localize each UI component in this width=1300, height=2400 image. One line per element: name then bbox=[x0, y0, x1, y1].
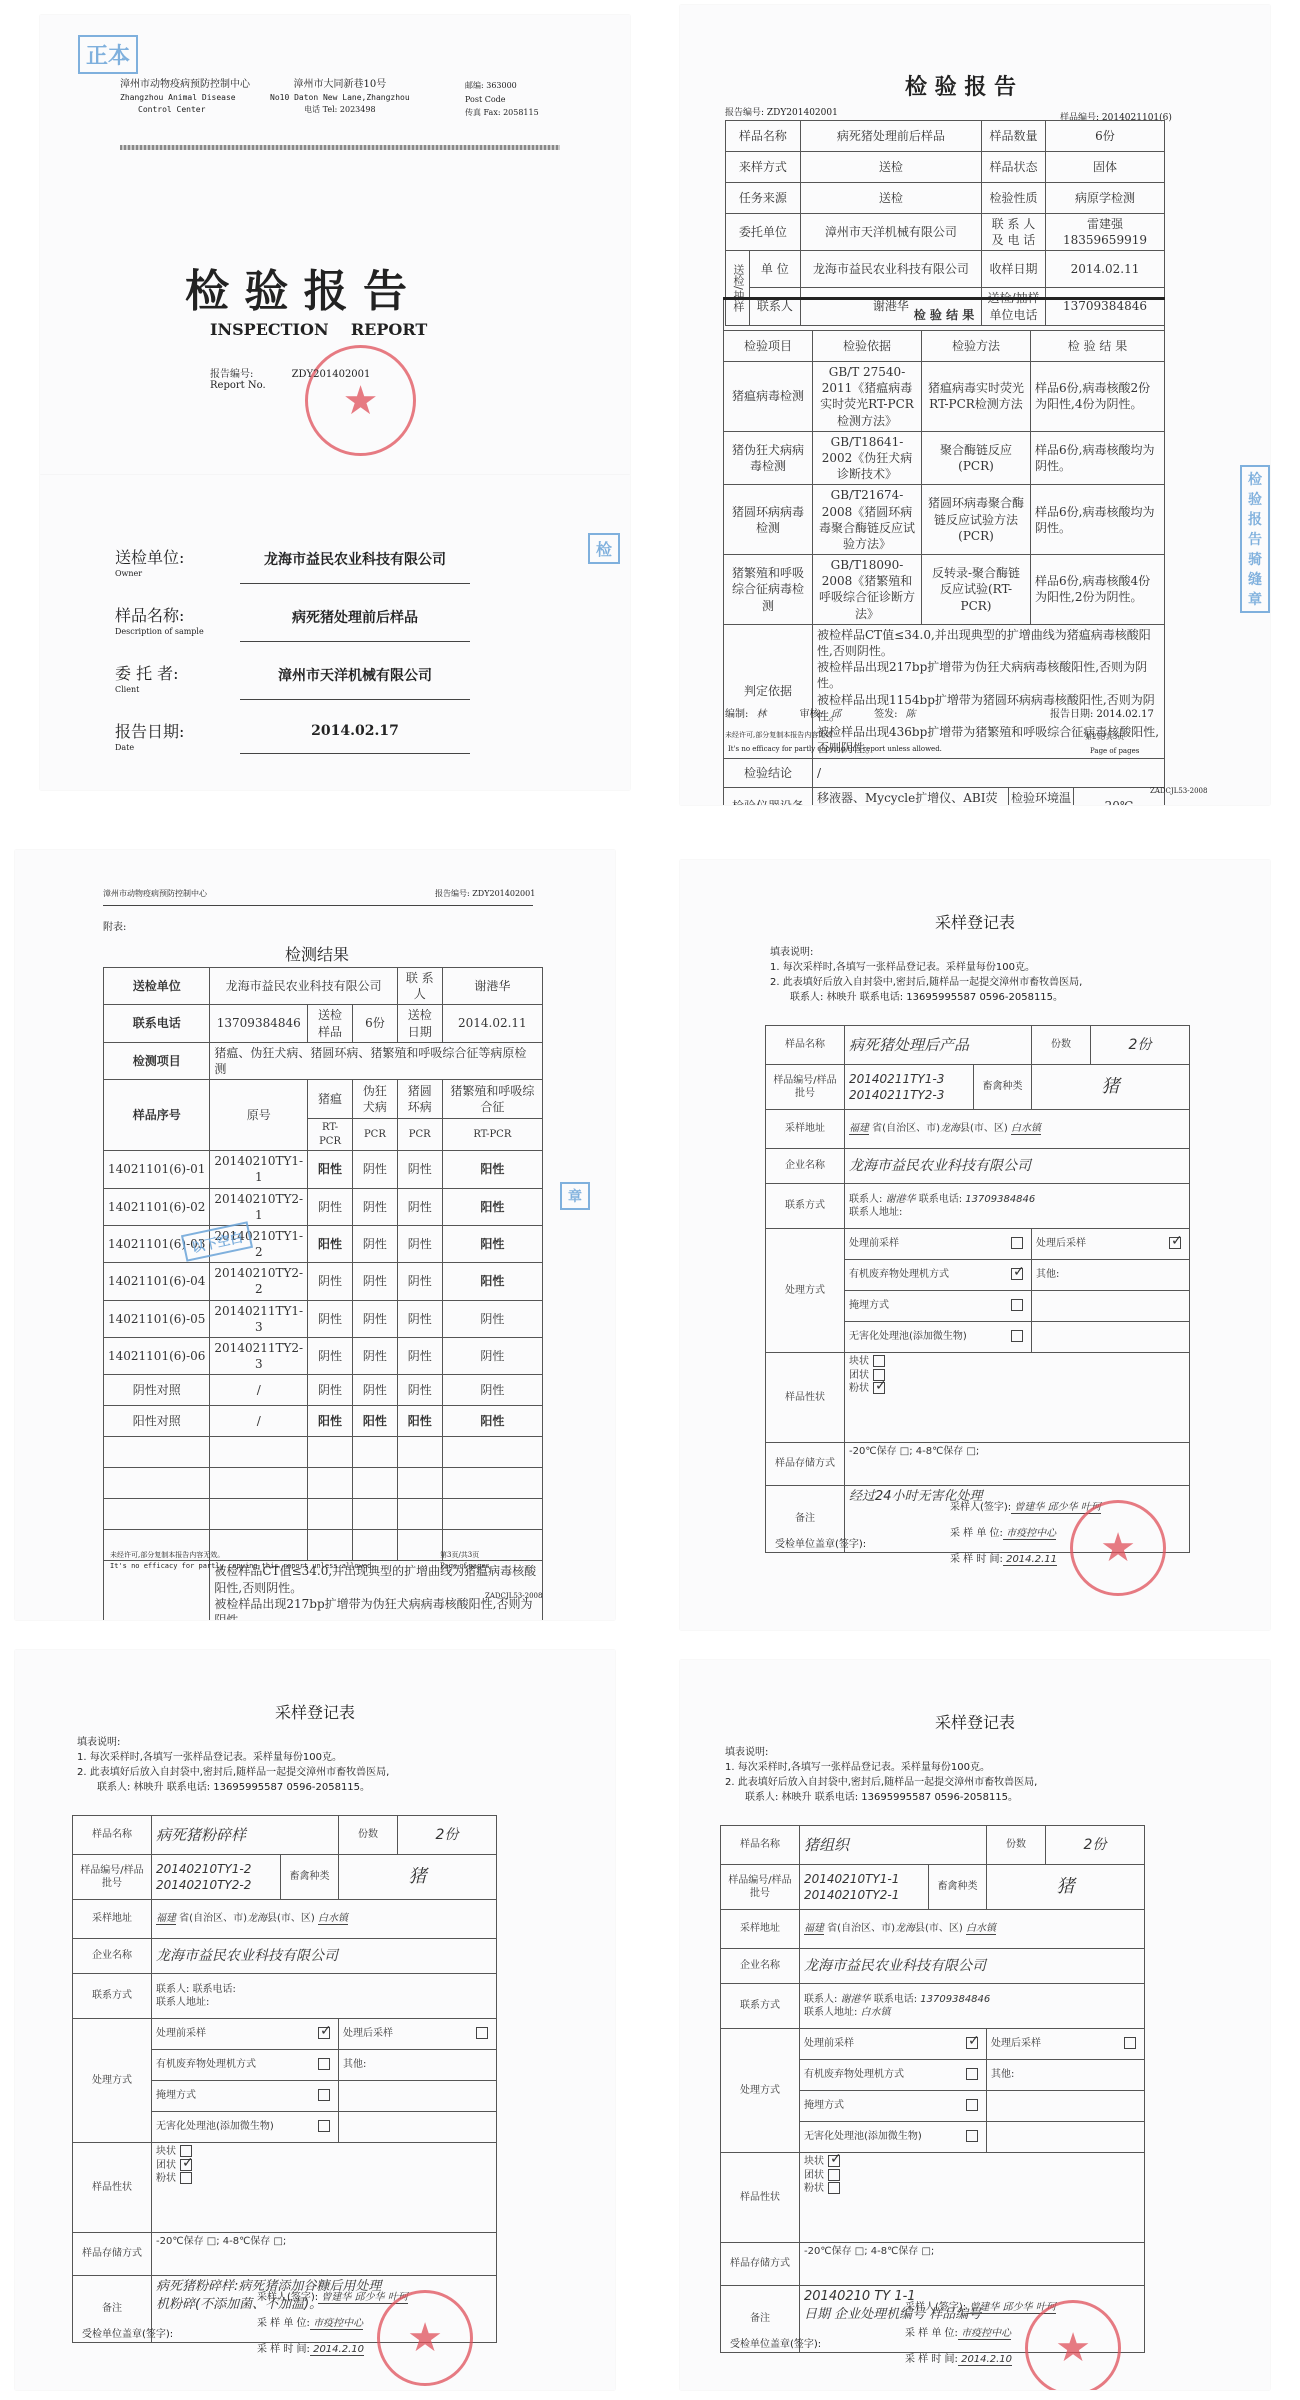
table-cell: 14021101(6)-06 bbox=[104, 1338, 210, 1375]
table-cell: 阴性 bbox=[442, 1300, 542, 1337]
table-row: 14021101(6)-0620140211TY2-3阴性阴性阴性阴性 bbox=[104, 1338, 543, 1375]
table-cell: 处理方式 bbox=[73, 2019, 152, 2143]
table-cell: -20℃保存 □; 4-8℃保存 □; bbox=[800, 2243, 1145, 2286]
criteria-line: 被检样品CT值≤34.0,并出现典型的扩增曲线为猪瘟病毒核酸阳性,否则阴性。 bbox=[817, 627, 1160, 659]
receiver-label: 受检单位盖章(签字): bbox=[82, 2325, 173, 2340]
table-row: 送检单位龙海市益民农业科技有限公司联 系 人谢港华 bbox=[104, 968, 543, 1005]
table-cell bbox=[210, 1530, 308, 1561]
cover-field-row: 报告日期:Date2014.02.17 bbox=[115, 719, 435, 777]
table-row: 联系方式联系人: 谢港华 联系电话: 13709384846联系人地址: 白水镇 bbox=[721, 1984, 1145, 2029]
field-label: 样品名称: bbox=[115, 603, 184, 626]
table-cell bbox=[308, 1499, 353, 1530]
contact-addr-label: 联系人地址: bbox=[156, 1997, 209, 2008]
table-cell: 20140211TY1-3 bbox=[210, 1300, 308, 1337]
table-cell: 有机废弃物处理机方式 bbox=[800, 2060, 987, 2091]
signature-label: 采 样 时 间: bbox=[257, 2344, 310, 2355]
table-cell bbox=[308, 1468, 353, 1499]
table-row: 14021101(6)-0420140210TY2-2阴性阴性阴性阳性 bbox=[104, 1263, 543, 1300]
table-cell: 14021101(6)-01 bbox=[104, 1151, 210, 1188]
pool-checkbox[interactable] bbox=[1011, 1330, 1023, 1342]
table-cell: 处理后采样 bbox=[1032, 1229, 1190, 1260]
option-label: 掩埋方式 bbox=[804, 2100, 844, 2111]
table-cell: 猪伪狂犬病病毒检测 bbox=[724, 431, 813, 485]
table-cell: 样品名称 bbox=[726, 121, 801, 152]
table-cell: 猪圆环病 bbox=[397, 1080, 442, 1119]
official-seal: ★ bbox=[305, 345, 416, 456]
table-cell: 联系方式 bbox=[721, 1984, 800, 2029]
cover-title-en: INSPECTION REPORT bbox=[210, 320, 427, 339]
note-line: 2. 此表填好后放入自封袋中,密封后,随样品一起提交漳州市畜牧兽医局, bbox=[725, 1775, 1037, 1790]
table-cell: 龙海市益民农业科技有限公司 bbox=[210, 968, 397, 1005]
table-cell: 检验项目 bbox=[724, 331, 813, 362]
signature-label: 采 样 单 位: bbox=[950, 1528, 1003, 1539]
table-cell bbox=[442, 1468, 542, 1499]
table-cell: RT-PCR bbox=[308, 1119, 353, 1151]
table-row: 样品性状块状团状粉状 bbox=[766, 1353, 1190, 1443]
table-cell: 样品数量 bbox=[982, 121, 1046, 152]
table-cell: 份数 bbox=[987, 1826, 1046, 1865]
lump-checkbox[interactable] bbox=[180, 2159, 192, 2171]
cover-field-row: 送检单位:Owner龙海市益民农业科技有限公司 bbox=[115, 545, 435, 603]
table-cell: 其他: bbox=[987, 2060, 1145, 2091]
report-no-block: 报告编号: ZDY201402001 Report No. bbox=[210, 365, 370, 391]
table-cell: 样品性状 bbox=[721, 2153, 800, 2243]
table-cell: 阴性 bbox=[397, 1300, 442, 1337]
pool-checkbox[interactable] bbox=[966, 2130, 978, 2142]
table-row: 猪瘟病毒检测GB/T 27540-2011《猪瘟病毒实时荧光RT-PCR检测方法… bbox=[724, 362, 1165, 432]
table-row: 猪伪狂犬病病毒检测GB/T18641-2002《伪狂犬病诊断技术》聚合酶链反应(… bbox=[724, 431, 1165, 485]
contact-line: 联系人地址: 白水镇 bbox=[804, 2006, 1140, 2020]
table-row: 处理方式处理前采样处理后采样 bbox=[73, 2019, 497, 2050]
org-block: 漳州市动物疫病预防控制中心 Zhangzhou Animal Disease C… bbox=[120, 77, 250, 116]
note-line: 1. 每次采样时,各填写一张样品登记表。采样量每份100克。 bbox=[725, 1760, 1037, 1775]
form-option: 粉状 bbox=[849, 1382, 1185, 1396]
table-row: 样品性状块状团状粉状 bbox=[721, 2153, 1145, 2243]
table-cell: 雷建强 18359659919 bbox=[1046, 214, 1165, 251]
sample-no-2: 20140211TY2-3 bbox=[849, 1087, 969, 1103]
table-row: 检 验 结 果 bbox=[724, 299, 1165, 331]
field-value: 2014.02.17 bbox=[240, 723, 470, 754]
table-cell: 送检日期 bbox=[397, 1005, 442, 1042]
table-cell: / bbox=[813, 759, 1165, 788]
table-cell: 阳性 bbox=[397, 1406, 442, 1437]
official-seal: ★ bbox=[1025, 2300, 1121, 2390]
official-seal: ★ bbox=[377, 2290, 473, 2386]
field-label-en: Description of sample bbox=[115, 627, 204, 636]
signature-line: 采样人(签字): 曾建华 邱少华 叶珂 bbox=[950, 1495, 1101, 1521]
sample-no-1: 20140210TY1-2 bbox=[156, 1861, 276, 1877]
table-cell: 联系方式 bbox=[766, 1184, 845, 1229]
signature-line: 采样人(签字): 曾建华 邱少华 叶珂 bbox=[905, 2295, 1056, 2321]
addr-label: 县(市、区) bbox=[960, 1123, 1011, 1134]
report-title: 检 验 报 告 bbox=[905, 70, 1016, 101]
report-info-table: 样品名称病死猪处理前后样品样品数量6份来样方式送检样品状态固体任务来源送检检验性… bbox=[725, 120, 1165, 326]
table-cell: 阴性 bbox=[442, 1338, 542, 1375]
table-row: 样品编号/样品批号20140210TY1-220140210TY2-2畜禽种类猪 bbox=[73, 1855, 497, 1900]
table-cell: 猪瘟、伪狂犬病、猪圆环病、猪繁殖和呼吸综合征等病原检测 bbox=[210, 1042, 543, 1079]
table-cell: 阴性 bbox=[397, 1263, 442, 1300]
field-label-en: Owner bbox=[115, 569, 142, 578]
before-checkbox[interactable] bbox=[966, 2037, 978, 2049]
table-cell: 其他: bbox=[339, 2050, 497, 2081]
table-row: 14021101(6)-0320140210TY1-2阳性阴性阴性阳性 bbox=[104, 1225, 543, 1262]
table-cell: 阴性 bbox=[308, 1300, 353, 1337]
table-cell: 样品6份,病毒核酸4份为阳性,2份为阴性。 bbox=[1031, 555, 1165, 625]
table-cell bbox=[104, 1468, 210, 1499]
block-checkbox[interactable] bbox=[828, 2155, 840, 2167]
table-cell bbox=[352, 1530, 397, 1561]
table-cell: 阴性 bbox=[442, 1375, 542, 1406]
county: 龙海 bbox=[247, 1913, 267, 1924]
table-cell: 病死猪粉碎样 bbox=[152, 1816, 339, 1855]
addr-label: 省(自治区、市) bbox=[824, 1923, 895, 1934]
table-cell: 企业名称 bbox=[721, 1949, 800, 1984]
table-cell: 样品编号/样品批号 bbox=[73, 1855, 152, 1900]
table-cell bbox=[339, 2112, 497, 2143]
table-cell: 固体 bbox=[1046, 152, 1165, 183]
table-cell: 猪繁殖和呼吸综合征病毒检测 bbox=[724, 555, 813, 625]
seam-stamp: 检 bbox=[588, 533, 620, 564]
addr-label: 县(市、区) bbox=[267, 1913, 318, 1924]
table-cell bbox=[104, 1499, 210, 1530]
province: 福建 bbox=[804, 1923, 824, 1935]
option-label: 处理后采样 bbox=[991, 2038, 1041, 2049]
province: 福建 bbox=[156, 1913, 176, 1925]
table-cell: 份数 bbox=[339, 1816, 398, 1855]
option-label: 其他: bbox=[343, 2059, 366, 2070]
sampling-table: 样品名称病死猪处理后产品份数2份样品编号/样品批号20140211TY1-320… bbox=[765, 1025, 1190, 1553]
table-cell: 送检单位 bbox=[104, 968, 210, 1005]
table-row: 样品存储方式-20℃保存 □; 4-8℃保存 □; bbox=[721, 2243, 1145, 2286]
form-option: 粉状 bbox=[156, 2172, 492, 2186]
note-line: 填表说明: bbox=[77, 1735, 389, 1750]
table-cell: GB/T 27540-2011《猪瘟病毒实时荧光RT-PCR检测方法》 bbox=[813, 362, 922, 432]
table-cell: 采样地址 bbox=[766, 1110, 845, 1149]
table-row: 样品名称病死猪粉碎样份数2份 bbox=[73, 1816, 497, 1855]
table-cell: 阴性 bbox=[352, 1300, 397, 1337]
option-label: 处理后采样 bbox=[1036, 1238, 1086, 1249]
table-cell: 任务来源 bbox=[726, 183, 801, 214]
table-row: 检验仪器设备移液器、Mycycle扩增仪、ABI荧光定量PCR扩增仪、成像系统检… bbox=[724, 788, 1165, 805]
field-label: 委 托 者: bbox=[115, 661, 179, 684]
form-option: 块状 bbox=[849, 1355, 1185, 1369]
contact-addr: 白水镇 bbox=[857, 2007, 890, 2018]
option-label: 掩埋方式 bbox=[849, 1300, 889, 1311]
lump-checkbox[interactable] bbox=[828, 2169, 840, 2181]
option-label: 无害化处理池(添加微生物) bbox=[804, 2131, 922, 2142]
field-label: 送检单位: bbox=[115, 545, 184, 568]
table-cell bbox=[397, 1530, 442, 1561]
original-stamp: 正本 bbox=[78, 35, 138, 74]
receiver-label: 受检单位盖章(签字): bbox=[730, 2335, 821, 2350]
table-row: 14021101(6)-0220140210TY2-1阴性阴性阴性阳性 bbox=[104, 1188, 543, 1225]
table-cell: 阴性 bbox=[308, 1263, 353, 1300]
equipment-value: 移液器、Mycycle扩增仪、ABI荧光定量PCR扩增仪、成像系统 bbox=[813, 788, 1009, 805]
table-row: 样品名称猪组织份数2份 bbox=[721, 1826, 1145, 1865]
town: 白水镇 bbox=[318, 1913, 348, 1925]
table-cell: 猪瘟 bbox=[308, 1080, 353, 1119]
table-row: 联系方式联系人: 谢港华 联系电话: 13709384846联系人地址: bbox=[766, 1184, 1190, 1229]
option-label: 有机废弃物处理机方式 bbox=[156, 2059, 256, 2070]
table-cell: 检验性质 bbox=[982, 183, 1046, 214]
table-cell: 龙海市益民农业科技有限公司 bbox=[845, 1149, 1190, 1184]
table-cell: 龙海市益民农业科技有限公司 bbox=[152, 1939, 497, 1974]
table-cell: 阴性 bbox=[308, 1188, 353, 1225]
before-checkbox[interactable] bbox=[1011, 1237, 1023, 1249]
table-cell: 收样日期 bbox=[982, 251, 1046, 288]
table-row: 检验结论/ bbox=[724, 759, 1165, 788]
table-cell: 猪 bbox=[1032, 1065, 1190, 1110]
table-cell: 移液器、Mycycle扩增仪、ABI荧光定量PCR扩增仪、成像系统检验环境温度2… bbox=[813, 788, 1165, 805]
sampling-table: 样品名称猪组织份数2份样品编号/样品批号20140210TY1-12014021… bbox=[720, 1825, 1145, 2353]
table-cell: 龙海市益民农业科技有限公司 bbox=[800, 1949, 1145, 1984]
contact-phone-label: 联系电话: bbox=[193, 1984, 236, 1995]
option-label: 处理前采样 bbox=[849, 1238, 899, 1249]
table-cell: 处理后采样 bbox=[987, 2029, 1145, 2060]
table-cell: -20℃保存 □; 4-8℃保存 □; bbox=[152, 2233, 497, 2276]
appendix-page: 漳州市动物疫病预防控制中心 报告编号: ZDY201402001 附表: 检测结… bbox=[15, 850, 615, 1620]
pool-checkbox[interactable] bbox=[318, 2120, 330, 2132]
table-row: 企业名称龙海市益民农业科技有限公司 bbox=[721, 1949, 1145, 1984]
form-option: 粉状 bbox=[804, 2182, 1140, 2196]
after-checkbox[interactable] bbox=[476, 2027, 488, 2039]
table-cell: 14021101(6)-04 bbox=[104, 1263, 210, 1300]
table-cell: 阴性 bbox=[397, 1151, 442, 1188]
table-row: 检测项目猪瘟、伪狂犬病、猪圆环病、猪繁殖和呼吸综合征等病原检测 bbox=[104, 1042, 543, 1079]
block-checkbox[interactable] bbox=[873, 1355, 885, 1367]
field-label: 报告日期: bbox=[115, 719, 184, 742]
table-cell: 检 验 结 果 bbox=[724, 299, 1165, 331]
sample-no-1: 20140210TY1-1 bbox=[804, 1871, 924, 1887]
table-cell: 送检样品 bbox=[308, 1005, 353, 1042]
table-cell: 联系人: 谢港华 联系电话: 13709384846联系人地址: bbox=[845, 1184, 1190, 1229]
powder-checkbox[interactable] bbox=[873, 1382, 885, 1394]
field-value: 龙海市益民农业科技有限公司 bbox=[240, 549, 470, 584]
signatures: 编制:林 审核:邱 签发:陈 bbox=[725, 705, 924, 720]
table-cell: 阴性 bbox=[308, 1375, 353, 1406]
table-cell: 来样方式 bbox=[726, 152, 801, 183]
table-row: 送检/抽样单 位龙海市益民农业科技有限公司收样日期2014.02.11 bbox=[726, 251, 1165, 288]
table-cell: 阳性 bbox=[308, 1406, 353, 1437]
contact-addr-label: 联系人地址: bbox=[849, 1207, 902, 1218]
option-label: 团状 bbox=[849, 1370, 869, 1381]
table-cell: 样品名称 bbox=[721, 1826, 800, 1865]
table-cell: 检测项目 bbox=[104, 1042, 210, 1079]
header-rule bbox=[120, 145, 560, 150]
table-cell: / bbox=[210, 1406, 308, 1437]
table-row: 来样方式送检样品状态固体 bbox=[726, 152, 1165, 183]
signature-label: 采样人(签字): bbox=[950, 1502, 1011, 1513]
table-cell: 14021101(6)-05 bbox=[104, 1300, 210, 1337]
form-title: 采样登记表 bbox=[680, 910, 1270, 933]
option-label: 其他: bbox=[991, 2069, 1014, 2080]
table-cell: 福建 省(自治区、市)龙海县(市、区) 白水镇 bbox=[800, 1910, 1145, 1949]
table-cell: 阴性 bbox=[352, 1188, 397, 1225]
table-cell: 13709384846 bbox=[210, 1005, 308, 1042]
addr-label: 省(自治区、市) bbox=[869, 1123, 940, 1134]
contact-addr-label: 联系人地址: bbox=[804, 2007, 857, 2018]
receiver-label: 受检单位盖章(签字): bbox=[775, 1535, 866, 1550]
form-option: 块状 bbox=[156, 2145, 492, 2159]
table-cell: 样品状态 bbox=[982, 152, 1046, 183]
note-line: 2. 此表填好后放入自封袋中,密封后,随样品一起提交漳州市畜牧兽医局, bbox=[770, 975, 1082, 990]
signature-label: 采样人(签字): bbox=[905, 2302, 966, 2313]
province: 福建 bbox=[849, 1123, 869, 1135]
table-cell: 样品序号 bbox=[104, 1080, 210, 1151]
table-cell bbox=[210, 1437, 308, 1468]
table-cell: 20140210TY2-2 bbox=[210, 1263, 308, 1300]
table-cell: 样品存储方式 bbox=[721, 2243, 800, 2286]
postcode-block: 邮编: 363000 Post Code 传真 Fax: 2058115 bbox=[465, 79, 539, 120]
table-row: 采样地址福建 省(自治区、市)龙海县(市、区) 白水镇 bbox=[73, 1900, 497, 1939]
after-checkbox[interactable] bbox=[1169, 1237, 1181, 1249]
table-cell: 2份 bbox=[398, 1816, 497, 1855]
table-cell: 送检 bbox=[800, 183, 981, 214]
signature-label: 采 样 单 位: bbox=[905, 2328, 958, 2339]
table-cell: 龙海市益民农业科技有限公司 bbox=[800, 251, 981, 288]
option-label: 有机废弃物处理机方式 bbox=[849, 1269, 949, 1280]
table-cell: 样品名称 bbox=[766, 1026, 845, 1065]
contact-person-label: 联系人: bbox=[804, 1994, 837, 2005]
note-line: 1. 每次采样时,各填写一张样品登记表。采样量每份100克。 bbox=[770, 960, 1082, 975]
table-cell: 处理前采样 bbox=[800, 2029, 987, 2060]
option-label: 无害化处理池(添加微生物) bbox=[849, 1331, 967, 1342]
table-cell: 企业名称 bbox=[766, 1149, 845, 1184]
bury-checkbox[interactable] bbox=[318, 2089, 330, 2101]
town: 白水镇 bbox=[1011, 1123, 1041, 1135]
table-row: 14021101(6)-0120140210TY1-1阳性阴性阴性阳性 bbox=[104, 1151, 543, 1188]
table-cell: 福建 省(自治区、市)龙海县(市、区) 白水镇 bbox=[152, 1900, 497, 1939]
table-cell: 联系人: 谢港华 联系电话: 13709384846联系人地址: 白水镇 bbox=[800, 1984, 1145, 2029]
contact-line: 联系人地址: bbox=[849, 1206, 1185, 1220]
env-label: 检验环境温度 bbox=[1009, 788, 1074, 805]
table-cell: 样品名称 bbox=[73, 1816, 152, 1855]
table-cell: 阴性 bbox=[352, 1151, 397, 1188]
table-cell: 阴性 bbox=[352, 1375, 397, 1406]
cover-page: 正本 漳州市动物疫病预防控制中心 Zhangzhou Animal Diseas… bbox=[40, 15, 630, 475]
contact-person-label: 联系人: bbox=[849, 1194, 882, 1205]
criteria-line: 被检样品出现217bp扩增带为伪狂犬病病毒核酸阳性,否则为阴性。 bbox=[817, 659, 1160, 691]
table-cell: 漳州市天洋机械有限公司 bbox=[800, 214, 981, 251]
powder-checkbox[interactable] bbox=[828, 2182, 840, 2194]
table-cell: 阳性 bbox=[442, 1225, 542, 1262]
powder-checkbox[interactable] bbox=[180, 2172, 192, 2184]
signature-value: 市疫控中心 bbox=[958, 2328, 1011, 2340]
table-row: 阴性对照/阴性阴性阴性阴性 bbox=[104, 1375, 543, 1406]
machine-checkbox[interactable] bbox=[966, 2068, 978, 2080]
table-cell: 阳性 bbox=[442, 1188, 542, 1225]
note-line: 联系人: 林映升 联系电话: 13695995587 0596-2058115。 bbox=[770, 990, 1082, 1005]
table-row: 采样地址福建 省(自治区、市)龙海县(市、区) 白水镇 bbox=[721, 1910, 1145, 1949]
table-cell: 样品存储方式 bbox=[766, 1443, 845, 1486]
table-cell: 20140210TY1-1 bbox=[210, 1151, 308, 1188]
table-cell: 联系方式 bbox=[73, 1974, 152, 2019]
table-row: 委托单位漳州市天洋机械有限公司联 系 人 及 电 话雷建强 1835965991… bbox=[726, 214, 1165, 251]
table-row: 样品编号/样品批号20140211TY1-320140211TY2-3畜禽种类猪 bbox=[766, 1065, 1190, 1110]
table-cell: 联系电话 bbox=[104, 1005, 210, 1042]
option-label: 有机废弃物处理机方式 bbox=[804, 2069, 904, 2080]
signature-label: 采 样 时 间: bbox=[905, 2354, 958, 2365]
before-checkbox[interactable] bbox=[318, 2027, 330, 2039]
addr-label: 县(市、区) bbox=[915, 1923, 966, 1934]
table-cell bbox=[397, 1437, 442, 1468]
table-cell: 病原学检测 bbox=[1046, 183, 1165, 214]
signature-label: 采样人(签字): bbox=[257, 2292, 318, 2303]
contact-phone-label: 联系电话: bbox=[874, 1994, 917, 2005]
sample-no-2: 20140210TY2-2 bbox=[156, 1877, 276, 1893]
note-line: 填表说明: bbox=[770, 945, 1082, 960]
table-cell: 福建 省(自治区、市)龙海县(市、区) 白水镇 bbox=[845, 1110, 1190, 1149]
table-cell bbox=[104, 1437, 210, 1468]
form-notes: 填表说明:1. 每次采样时,各填写一张样品登记表。采样量每份100克。2. 此表… bbox=[770, 945, 1082, 1005]
table-row: 联系电话13709384846送检样品6份送检日期2014.02.11 bbox=[104, 1005, 543, 1042]
option-label: 无害化处理池(添加微生物) bbox=[156, 2121, 274, 2132]
table-cell: 阳性 bbox=[442, 1151, 542, 1188]
signature-value: 2014.2.11 bbox=[1003, 1554, 1057, 1566]
table-cell: 阴性 bbox=[397, 1375, 442, 1406]
appendix-title: 检测结果 bbox=[285, 942, 349, 965]
table-row: 样品性状块状团状粉状 bbox=[73, 2143, 497, 2233]
machine-checkbox[interactable] bbox=[1011, 1268, 1023, 1280]
table-cell: 检验依据 bbox=[813, 331, 922, 362]
table-cell: 阴性 bbox=[397, 1225, 442, 1262]
bury-checkbox[interactable] bbox=[966, 2099, 978, 2111]
table-cell bbox=[397, 1468, 442, 1499]
machine-checkbox[interactable] bbox=[318, 2058, 330, 2070]
contact-person: 谢港华 bbox=[882, 1194, 918, 1205]
table-header-row: 样品序号原号猪瘟伪狂犬病猪圆环病猪繁殖和呼吸综合征 bbox=[104, 1080, 543, 1119]
table-cell: 处理前采样 bbox=[845, 1229, 1032, 1260]
field-label-en: Client bbox=[115, 685, 139, 694]
table-cell: 采样地址 bbox=[73, 1900, 152, 1939]
after-checkbox[interactable] bbox=[1124, 2037, 1136, 2049]
table-cell: 猪 bbox=[987, 1865, 1145, 1910]
contact-line: 联系人地址: bbox=[156, 1996, 492, 2010]
sample-no-1: 20140211TY1-3 bbox=[849, 1071, 969, 1087]
signature-value: 市疫控中心 bbox=[310, 2318, 363, 2330]
table-cell: 阴性 bbox=[352, 1225, 397, 1262]
table-cell: 处理方式 bbox=[721, 2029, 800, 2153]
table-cell: 其他: bbox=[1032, 1260, 1190, 1291]
table-cell: 掩埋方式 bbox=[152, 2081, 339, 2112]
table-row: 处理方式处理前采样处理后采样 bbox=[766, 1229, 1190, 1260]
table-cell: PCR bbox=[397, 1119, 442, 1151]
table-cell: 处理方式 bbox=[766, 1229, 845, 1353]
table-row: 采样地址福建 省(自治区、市)龙海县(市、区) 白水镇 bbox=[766, 1110, 1190, 1149]
bury-checkbox[interactable] bbox=[1011, 1299, 1023, 1311]
table-cell: -20℃保存 □; 4-8℃保存 □; bbox=[845, 1443, 1190, 1486]
table-cell: 畜禽种类 bbox=[281, 1855, 339, 1900]
note-line: 2. 此表填好后放入自封袋中,密封后,随样品一起提交漳州市畜牧兽医局, bbox=[77, 1765, 389, 1780]
table-cell: 20140211TY1-320140211TY2-3 bbox=[845, 1065, 974, 1110]
table-cell: 企业名称 bbox=[73, 1939, 152, 1974]
option-label: 块状 bbox=[156, 2146, 176, 2157]
signature-value: 市疫控中心 bbox=[1003, 1528, 1056, 1540]
table-cell: 送检 bbox=[800, 152, 981, 183]
table-cell: 20140210TY2-1 bbox=[210, 1188, 308, 1225]
table-cell: 猪瘟病毒实时荧光RT-PCR检测方法 bbox=[922, 362, 1031, 432]
field-label-en: Date bbox=[115, 743, 134, 752]
table-cell: 无害化处理池(添加微生物) bbox=[845, 1322, 1032, 1353]
table-cell: 2份 bbox=[1046, 1826, 1145, 1865]
table-cell bbox=[352, 1468, 397, 1499]
table-cell: 委托单位 bbox=[726, 214, 801, 251]
table-cell bbox=[210, 1468, 308, 1499]
signature-label: 采 样 时 间: bbox=[950, 1554, 1003, 1565]
option-label: 团状 bbox=[804, 2170, 824, 2181]
form-title: 采样登记表 bbox=[15, 1700, 615, 1723]
cover-page-lower: 送检单位:Owner龙海市益民农业科技有限公司样品名称:Description … bbox=[40, 475, 630, 790]
